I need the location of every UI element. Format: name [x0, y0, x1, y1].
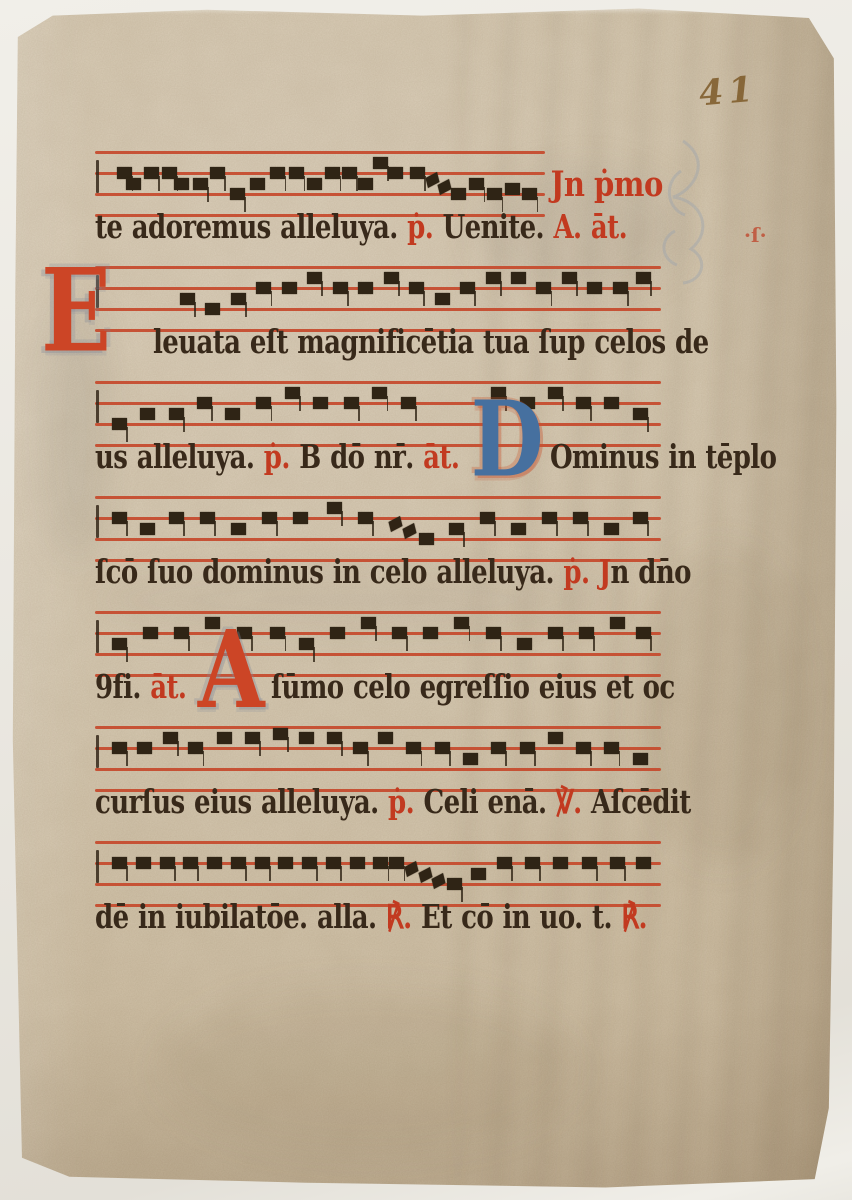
note-tail: [590, 406, 592, 421]
square-note: [435, 293, 450, 305]
note-tail: [285, 176, 287, 191]
note-tail: [627, 291, 629, 306]
square-note: [358, 178, 373, 190]
square-note: [451, 188, 466, 200]
note-tail: [214, 521, 216, 536]
note-tail: [484, 187, 486, 202]
square-note: [231, 293, 246, 305]
chant-text-line: Eleuata eſt magnificētia tua ſup celos d…: [95, 325, 675, 382]
note-tail: [321, 281, 323, 296]
square-note: [553, 857, 568, 869]
square-note: [197, 397, 212, 409]
square-note: [406, 742, 421, 754]
square-note: [174, 627, 189, 639]
square-note: [587, 282, 602, 294]
clef-mark: [96, 160, 99, 193]
chant-text-segment: te adoremus alleluya.: [95, 210, 398, 247]
square-note: [432, 873, 446, 889]
square-note: [418, 867, 432, 883]
square-note: [579, 627, 594, 639]
square-note: [536, 282, 551, 294]
square-note: [610, 617, 625, 629]
note-tail: [197, 866, 199, 881]
square-note: [285, 387, 300, 399]
chant-text-segment: Celi enā.: [424, 785, 556, 822]
square-note: [327, 732, 342, 744]
square-note: [333, 282, 348, 294]
square-note: [183, 857, 198, 869]
square-note: [460, 282, 475, 294]
square-note: [582, 857, 597, 869]
square-note: [256, 397, 271, 409]
square-note: [193, 178, 208, 190]
clef-mark: [96, 390, 99, 423]
note-tail: [126, 521, 128, 536]
note-tail: [347, 291, 349, 306]
square-note: [633, 408, 648, 420]
music-staff: [95, 381, 661, 447]
note-tail: [650, 636, 652, 651]
square-note: [270, 167, 285, 179]
square-note: [633, 753, 648, 765]
chant-text-segment: n dn̄o: [611, 555, 691, 592]
note-tail: [126, 751, 128, 766]
note-tail: [375, 626, 377, 641]
square-note: [273, 728, 288, 740]
chant-text-segment: ℟.: [386, 900, 421, 937]
music-system: Eleuata eſt magnificētia tua ſup celos d…: [95, 266, 661, 381]
square-note: [143, 627, 158, 639]
square-note: [409, 282, 424, 294]
staff-end-rubric: Jn ṗmo: [551, 164, 663, 205]
square-note: [576, 397, 591, 409]
square-note: [388, 167, 403, 179]
staff-line: [95, 423, 661, 426]
square-note: [548, 732, 563, 744]
square-note: [486, 272, 501, 284]
chant-text-segment: curſus eius alleluya.: [95, 785, 379, 822]
note-tail: [415, 406, 417, 421]
square-note: [378, 732, 393, 744]
square-note: [610, 857, 625, 869]
parchment-stain: [157, 985, 577, 1155]
square-note: [373, 857, 388, 869]
square-note: [169, 408, 184, 420]
square-note: [205, 303, 220, 315]
square-note: [511, 272, 526, 284]
note-tail: [224, 176, 226, 191]
square-note: [480, 512, 495, 524]
square-note: [230, 188, 245, 200]
music-system: ſcō ſuo dominus in celo alleluya. ṗ. Jn …: [95, 496, 661, 611]
note-tail: [539, 866, 541, 881]
note-tail: [174, 866, 176, 881]
music-staff: [95, 611, 661, 677]
note-tail: [562, 636, 564, 651]
square-note: [289, 167, 304, 179]
square-note: [350, 857, 365, 869]
square-note: [604, 397, 619, 409]
note-tail: [271, 291, 273, 306]
music-staff: [95, 496, 661, 562]
square-note: [174, 178, 189, 190]
square-note: [358, 282, 373, 294]
square-note: [256, 282, 271, 294]
decorated-initial-D: D: [471, 402, 543, 477]
note-tail: [126, 866, 128, 881]
square-note: [403, 523, 417, 539]
square-note: [486, 627, 501, 639]
note-tail: [576, 281, 578, 296]
square-note: [525, 857, 540, 869]
note-tail: [556, 521, 558, 536]
chant-text-segment: ſūmo celo egreſſio eius et oc: [271, 670, 675, 707]
square-note: [344, 397, 359, 409]
chant-text-segment: ṗ.: [398, 210, 443, 247]
square-note: [573, 512, 588, 524]
note-tail: [183, 521, 185, 536]
note-tail: [245, 866, 247, 881]
square-note: [302, 857, 317, 869]
note-tail: [534, 751, 536, 766]
square-note: [463, 753, 478, 765]
chant-text-line: te adoremus alleluya. ṗ. Uenite. A. āt.: [95, 210, 675, 267]
music-system: dē in iubilatōe. alla. ℟. Et cō in uo. t…: [95, 841, 661, 956]
note-tail: [126, 647, 128, 662]
square-note: [112, 418, 127, 430]
staff-line: [95, 611, 661, 614]
note-tail: [500, 281, 502, 296]
note-tail: [341, 511, 343, 526]
staff-line: [95, 768, 661, 771]
decorated-initial-E: E: [41, 270, 111, 352]
square-note: [636, 272, 651, 284]
square-note: [517, 638, 532, 650]
note-tail: [211, 406, 213, 421]
note-tail: [463, 532, 465, 547]
note-tail: [194, 302, 196, 317]
chant-text-segment: 9fi.: [95, 670, 141, 707]
note-tail: [313, 647, 315, 662]
chant-text-segment: us alleluya.: [95, 440, 254, 477]
chant-text-segment: ṗ.: [554, 555, 599, 592]
square-note: [497, 857, 512, 869]
note-tail: [276, 521, 278, 536]
square-note: [325, 167, 340, 179]
square-note: [160, 857, 175, 869]
square-note: [576, 742, 591, 754]
square-note: [293, 512, 308, 524]
note-tail: [494, 521, 496, 536]
chant-text-segment: Uenite.: [443, 210, 554, 247]
note-tail: [511, 866, 513, 881]
square-note: [231, 857, 246, 869]
square-note: [392, 627, 407, 639]
square-note: [373, 157, 388, 169]
square-note: [245, 732, 260, 744]
note-tail: [177, 741, 179, 756]
note-tail: [647, 417, 649, 432]
music-system: Jn ṗmote adoremus alleluya. ṗ. Uenite. A…: [95, 151, 661, 266]
note-tail: [469, 626, 471, 641]
chant-text-segment: J: [599, 555, 611, 592]
square-note: [548, 387, 563, 399]
staff-line: [95, 653, 661, 656]
note-tail: [449, 751, 451, 766]
music-system: 9fi. āt. Aſūmo celo egreſſio eius et oc: [95, 611, 661, 726]
square-note: [112, 512, 127, 524]
square-note: [401, 397, 416, 409]
square-note: [449, 523, 464, 535]
chant-text-line: dē in iubilatōe. alla. ℟. Et cō in uo. t…: [95, 900, 675, 957]
square-note: [454, 617, 469, 629]
chant-text-segment: Et cō in uo. t.: [421, 900, 621, 937]
chant-text-segment: ℟.: [621, 900, 647, 937]
music-staff: [95, 726, 661, 792]
note-tail: [647, 521, 649, 536]
square-note: [200, 512, 215, 524]
note-tail: [304, 176, 306, 191]
square-note: [636, 857, 651, 869]
note-tail: [398, 281, 400, 296]
square-note: [487, 188, 502, 200]
note-tail: [406, 636, 408, 651]
square-note: [542, 512, 557, 524]
note-tail: [619, 751, 621, 766]
clef-mark: [96, 620, 99, 653]
music-system: curſus eius alleluya. ṗ. Celi enā. ℣. Aſ…: [95, 726, 661, 841]
square-note: [604, 742, 619, 754]
chant-systems: Jn ṗmote adoremus alleluya. ṗ. Uenite. A…: [95, 151, 661, 956]
square-note: [548, 627, 563, 639]
clef-mark: [96, 850, 99, 883]
chant-text-segment: ṗ.: [379, 785, 424, 822]
square-note: [188, 742, 203, 754]
staff-line: [95, 266, 661, 269]
chant-text-segment: ṗ.: [254, 440, 299, 477]
square-note: [169, 512, 184, 524]
note-tail: [183, 417, 185, 432]
note-tail: [562, 396, 564, 411]
square-note: [522, 188, 537, 200]
square-note: [491, 742, 506, 754]
square-note: [278, 857, 293, 869]
square-note: [126, 178, 141, 190]
square-note: [384, 272, 399, 284]
staff-line: [95, 496, 661, 499]
square-note: [262, 512, 277, 524]
note-tail: [423, 291, 425, 306]
chant-text-segment: ℣.: [556, 785, 591, 822]
chant-text-segment: āt.: [141, 670, 196, 707]
square-note: [330, 627, 345, 639]
square-note: [633, 512, 648, 524]
chant-text-line: ſcō ſuo dominus in celo alleluya. ṗ. Jn …: [95, 555, 675, 612]
square-note: [613, 282, 628, 294]
square-note: [140, 523, 155, 535]
note-tail: [299, 396, 301, 411]
square-note: [112, 638, 127, 650]
note-tail: [341, 741, 343, 756]
staff-line: [95, 193, 545, 196]
square-note: [112, 857, 127, 869]
note-tail: [340, 866, 342, 881]
chant-text-segment: āt.: [414, 440, 469, 477]
note-tail: [505, 751, 507, 766]
square-note: [469, 178, 484, 190]
staff-line: [95, 726, 661, 729]
square-note: [250, 178, 265, 190]
note-tail: [287, 737, 289, 752]
note-tail: [259, 741, 261, 756]
square-note: [307, 178, 322, 190]
note-tail: [245, 302, 247, 317]
square-note: [447, 878, 462, 890]
square-note: [299, 638, 314, 650]
square-note: [361, 617, 376, 629]
note-tail: [271, 406, 273, 421]
note-tail: [188, 636, 190, 651]
folio-number: 41: [697, 69, 759, 115]
staff-line: [95, 841, 661, 844]
square-note: [562, 272, 577, 284]
square-note: [636, 627, 651, 639]
square-note: [353, 742, 368, 754]
staff-line: [95, 883, 661, 886]
square-note: [270, 627, 285, 639]
note-tail: [358, 406, 360, 421]
chant-text-segment: Ominus in tēplo: [550, 440, 776, 477]
square-note: [435, 742, 450, 754]
chant-text-line: 9fi. āt. Aſūmo celo egreſſio eius et oc: [95, 670, 675, 727]
clef-mark: [96, 505, 99, 538]
note-tail: [158, 176, 160, 191]
square-note: [327, 502, 342, 514]
music-staff: [95, 266, 661, 332]
chant-text-segment: Aſcēdit: [591, 785, 691, 822]
square-note: [372, 387, 387, 399]
note-tail: [593, 636, 595, 651]
music-staff: [95, 841, 661, 907]
square-note: [180, 293, 195, 305]
square-note: [282, 282, 297, 294]
note-tail: [367, 751, 369, 766]
chant-text-segment: leuata eſt magnificētia tua ſup celos de: [153, 325, 709, 362]
note-tail: [551, 291, 553, 306]
chant-text-line: us alleluya. ṗ. B dō nr̄. āt. DOminus in…: [95, 440, 675, 497]
staff-line: [95, 381, 661, 384]
chant-text-line: curſus eius alleluya. ṗ. Celi enā. ℣. Aſ…: [95, 785, 675, 842]
square-note: [423, 627, 438, 639]
note-tail: [203, 751, 205, 766]
note-tail: [285, 636, 287, 651]
staff-line: [95, 538, 661, 541]
square-note: [419, 533, 434, 545]
square-note: [255, 857, 270, 869]
square-note: [471, 868, 486, 880]
note-tail: [372, 521, 374, 536]
music-staff: [95, 151, 545, 217]
square-note: [299, 732, 314, 744]
note-tail: [650, 281, 652, 296]
square-note: [326, 857, 341, 869]
square-note: [210, 167, 225, 179]
parchment-edge-highlight: [24, 5, 822, 11]
note-tail: [316, 866, 318, 881]
square-note: [511, 523, 526, 535]
square-note: [207, 857, 222, 869]
square-note: [313, 397, 328, 409]
note-tail: [596, 866, 598, 881]
clef-mark: [96, 735, 99, 768]
chant-text-segment: dē in iubilatōe. alla.: [95, 900, 386, 937]
note-tail: [590, 751, 592, 766]
note-tail: [387, 396, 389, 411]
square-note: [505, 183, 520, 195]
square-note: [520, 742, 535, 754]
square-note: [217, 732, 232, 744]
music-system: us alleluya. ṗ. B dō nr̄. āt. DOminus in…: [95, 381, 661, 496]
square-note: [389, 857, 404, 869]
square-note: [140, 408, 155, 420]
staff-line: [95, 308, 661, 311]
square-note: [342, 167, 357, 179]
note-tail: [474, 291, 476, 306]
note-tail: [207, 187, 209, 202]
manuscript-leaf: 41 ·ſ· Jn ṗmote adoremus alleluya. ṗ. Ue…: [7, 5, 838, 1191]
square-note: [163, 732, 178, 744]
rubric-margin-mark: ·ſ·: [744, 223, 767, 247]
square-note: [136, 857, 151, 869]
note-tail: [500, 636, 502, 651]
square-note: [410, 167, 425, 179]
square-note: [307, 272, 322, 284]
chant-text-segment: B dō nr̄.: [299, 440, 413, 477]
square-note: [144, 167, 159, 179]
note-tail: [421, 751, 423, 766]
note-tail: [624, 866, 626, 881]
square-note: [358, 512, 373, 524]
square-note: [112, 742, 127, 754]
square-note: [225, 408, 240, 420]
staff-line: [95, 151, 545, 154]
decorated-initial-A: A: [198, 632, 264, 709]
square-note: [137, 742, 152, 754]
square-note: [604, 523, 619, 535]
chant-text-segment: A. āt.: [553, 210, 627, 247]
note-tail: [587, 521, 589, 536]
chant-text-segment: ſcō ſuo dominus in celo alleluya.: [95, 555, 554, 592]
square-note: [231, 523, 246, 535]
note-tail: [269, 866, 271, 881]
